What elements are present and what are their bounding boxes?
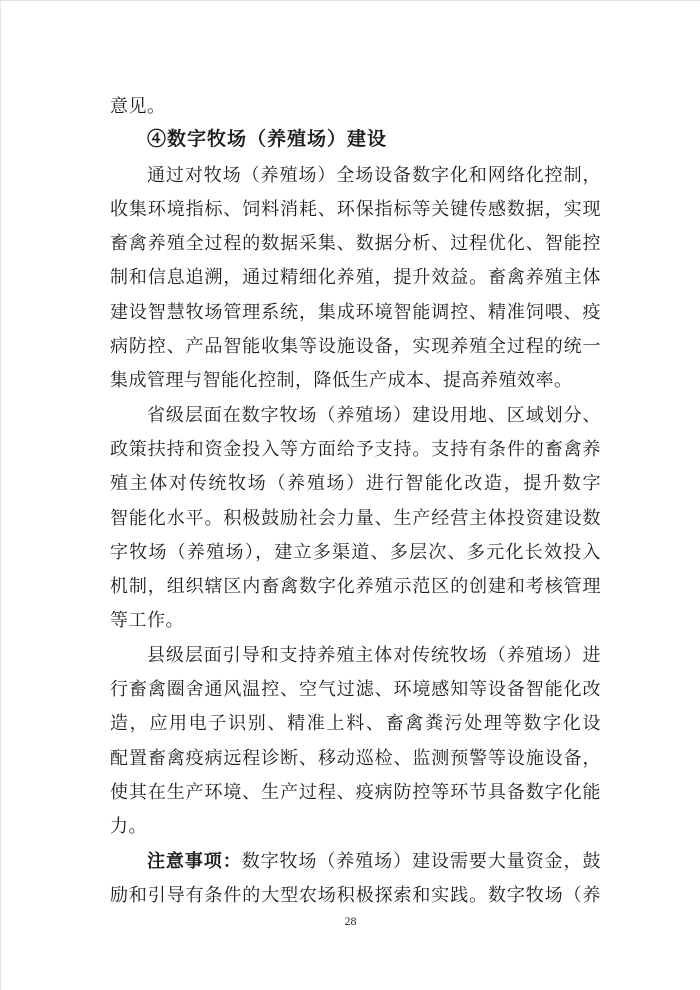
page-content: 意见。④数字牧场（养殖场）建设通过对牧场（养殖场）全场设备数字化和网络化控制，收…	[110, 89, 601, 912]
body-text: 行畜禽圈舍通风温控、空气过滤、环境感知等设备智能化改	[110, 679, 601, 699]
body-text: 政策扶持和资金投入等方面给予支持。支持有条件的畜禽养	[110, 439, 601, 459]
body-text: 建设智慧牧场管理系统，集成环境智能调控、精准饲喂、疫	[110, 302, 601, 322]
body-text: 通过对牧场（养殖场）全场设备数字化和网络化控制，	[147, 165, 601, 185]
paragraph: 意见。	[110, 89, 601, 123]
text-line: 励和引导有条件的大型农场积极探索和实践。数字牧场（养	[110, 878, 601, 912]
body-text: 数字牧场（养殖场）建设需要大量资金，鼓	[242, 851, 601, 871]
paragraph: 注意事项：数字牧场（养殖场）建设需要大量资金，鼓励和引导有条件的大型农场积极探索…	[110, 844, 601, 913]
body-text: 县级层面引导和支持养殖主体对传统牧场（养殖场）进	[147, 645, 601, 665]
text-line: 意见。	[110, 89, 601, 123]
body-text: 省级层面在数字牧场（养殖场）建设用地、区域划分、	[147, 405, 601, 425]
text-line: 通过对牧场（养殖场）全场设备数字化和网络化控制，	[110, 158, 601, 192]
text-line: 省级层面在数字牧场（养殖场）建设用地、区域划分、	[110, 398, 601, 432]
text-line: 造，应用电子识别、精准上料、畜禽粪污处理等数字化设备，	[110, 706, 601, 740]
body-text: ④数字牧场（养殖场）建设	[147, 129, 387, 150]
text-line: 殖主体对传统牧场（养殖场）进行智能化改造，提升数字化、	[110, 466, 601, 500]
text-line: 机制，组织辖区内畜禽数字化养殖示范区的创建和考核管理	[110, 569, 601, 603]
body-text: 字牧场（养殖场），建立多渠道、多层次、多元化长效投入	[110, 542, 601, 562]
body-text: 智能化水平。积极鼓励社会力量、生产经营主体投资建设数	[110, 508, 601, 528]
text-line: 畜禽养殖全过程的数据采集、数据分析、过程优化、智能控	[110, 226, 601, 260]
paragraph: 通过对牧场（养殖场）全场设备数字化和网络化控制，收集环境指标、饲料消耗、环保指标…	[110, 158, 601, 398]
body-text: 配置畜禽疫病远程诊断、移动巡检、监测预警等设施设备，	[110, 748, 601, 768]
text-line: 集成管理与智能化控制，降低生产成本、提高养殖效率。	[110, 363, 601, 397]
body-text: 制和信息追溯，通过精细化养殖，提升效益。畜禽养殖主体	[110, 267, 601, 287]
text-line: 病防控、产品智能收集等设施设备，实现养殖全过程的统一	[110, 329, 601, 363]
body-text: 力。	[110, 816, 147, 836]
body-text: 集成管理与智能化控制，降低生产成本、提高养殖效率。	[110, 370, 573, 390]
text-line: 智能化水平。积极鼓励社会力量、生产经营主体投资建设数	[110, 501, 601, 535]
body-text: 殖主体对传统牧场（养殖场）进行智能化改造，提升数字化、	[110, 473, 601, 500]
body-text: 畜禽养殖全过程的数据采集、数据分析、过程优化、智能控	[110, 233, 601, 253]
page-number: 28	[1, 913, 700, 929]
text-line: 县级层面引导和支持养殖主体对传统牧场（养殖场）进	[110, 638, 601, 672]
text-line: 收集环境指标、饲料消耗、环保指标等关键传感数据，实现	[110, 192, 601, 226]
body-text: 励和引导有条件的大型农场积极探索和实践。数字牧场（养	[110, 885, 601, 905]
text-line: 字牧场（养殖场），建立多渠道、多层次、多元化长效投入	[110, 535, 601, 569]
text-line: 注意事项：数字牧场（养殖场）建设需要大量资金，鼓	[110, 844, 601, 878]
body-text: 造，应用电子识别、精准上料、畜禽粪污处理等数字化设备，	[110, 713, 601, 740]
body-text: 意见。	[110, 96, 166, 116]
body-text: 使其在生产环境、生产过程、疫病防控等环节具备数字化能	[110, 782, 601, 802]
text-line: 配置畜禽疫病远程诊断、移动巡检、监测预警等设施设备，	[110, 741, 601, 775]
text-line: 行畜禽圈舍通风温控、空气过滤、环境感知等设备智能化改	[110, 672, 601, 706]
text-line: 力。	[110, 809, 601, 843]
text-line: 制和信息追溯，通过精细化养殖，提升效益。畜禽养殖主体	[110, 260, 601, 294]
bold-lead-text: 注意事项：	[147, 851, 242, 871]
text-line: 建设智慧牧场管理系统，集成环境智能调控、精准饲喂、疫	[110, 295, 601, 329]
text-line: 使其在生产环境、生产过程、疫病防控等环节具备数字化能	[110, 775, 601, 809]
text-line: 政策扶持和资金投入等方面给予支持。支持有条件的畜禽养	[110, 432, 601, 466]
section-heading: ④数字牧场（养殖场）建设	[110, 123, 601, 157]
paragraph: 县级层面引导和支持养殖主体对传统牧场（养殖场）进行畜禽圈舍通风温控、空气过滤、环…	[110, 638, 601, 844]
paragraph: 省级层面在数字牧场（养殖场）建设用地、区域划分、政策扶持和资金投入等方面给予支持…	[110, 398, 601, 638]
section-heading-block: ④数字牧场（养殖场）建设	[110, 123, 601, 157]
document-page: 意见。④数字牧场（养殖场）建设通过对牧场（养殖场）全场设备数字化和网络化控制，收…	[0, 0, 700, 990]
text-line: 等工作。	[110, 603, 601, 637]
body-text: 机制，组织辖区内畜禽数字化养殖示范区的创建和考核管理	[110, 576, 601, 596]
body-text: 病防控、产品智能收集等设施设备，实现养殖全过程的统一	[110, 336, 601, 356]
body-text: 收集环境指标、饲料消耗、环保指标等关键传感数据，实现	[110, 199, 601, 219]
body-text: 等工作。	[110, 610, 184, 630]
